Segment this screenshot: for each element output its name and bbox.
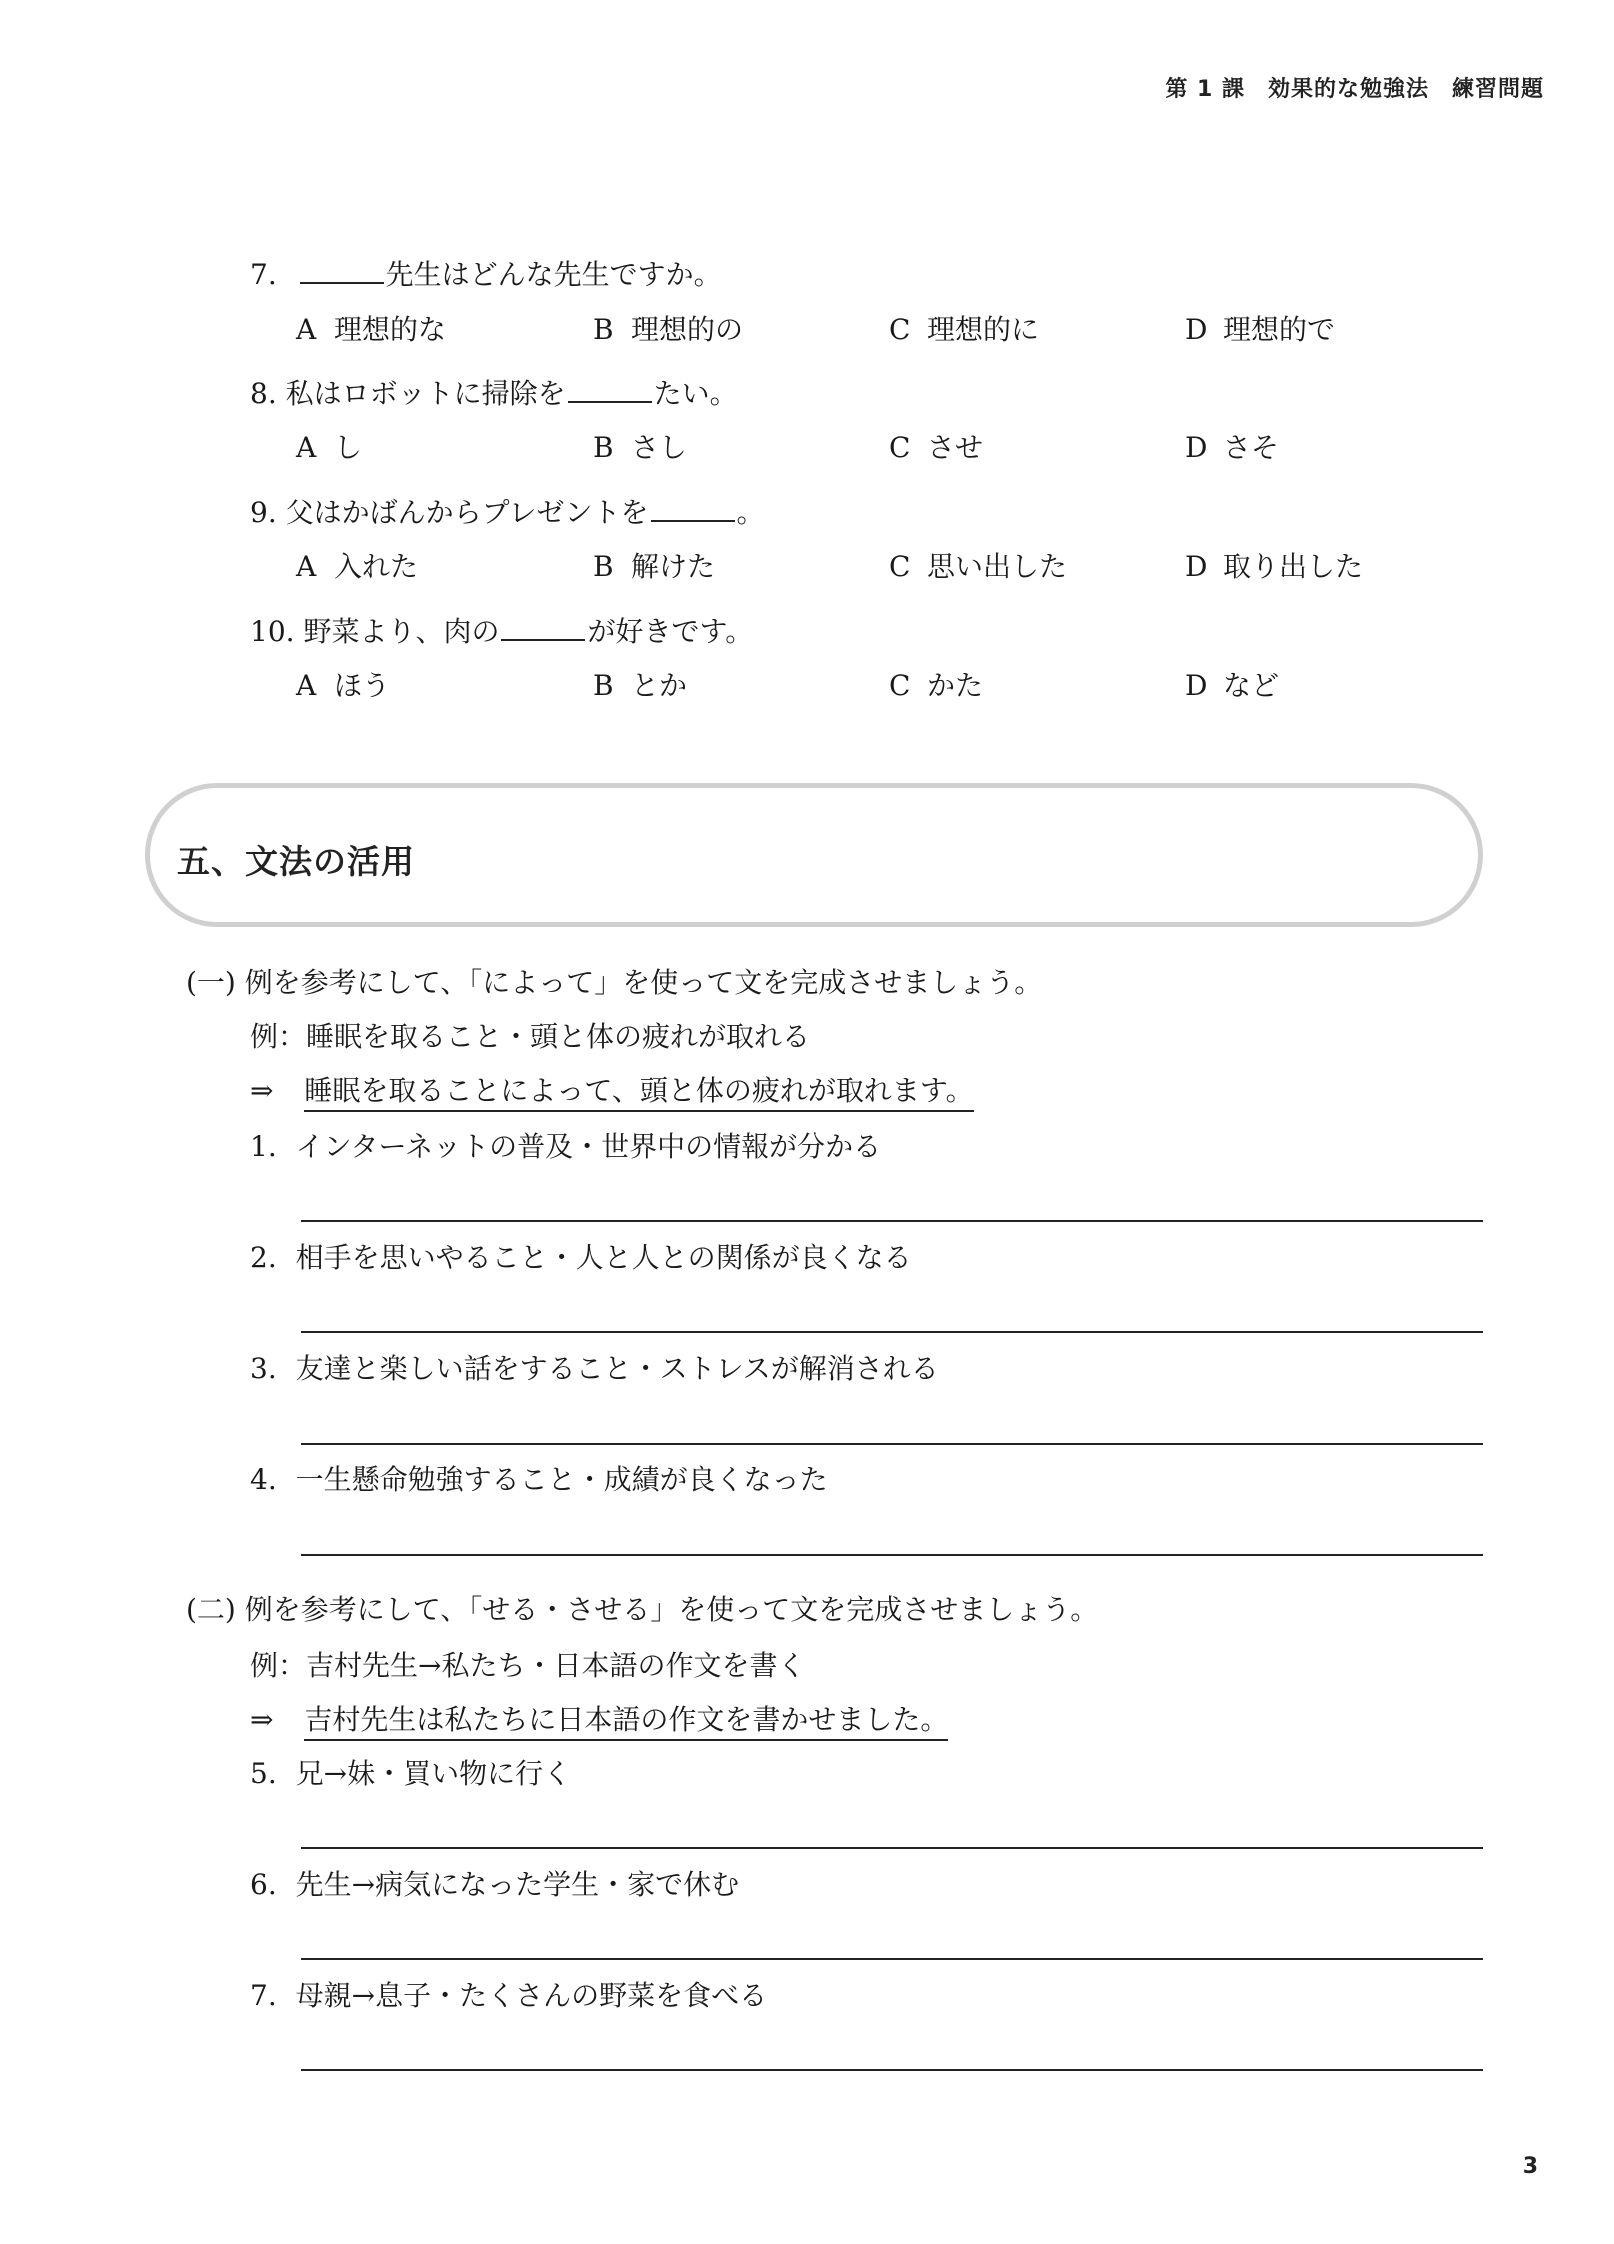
option-10a[interactable]: Aほう	[296, 669, 390, 703]
exercise-item-6: 6. 先生→病気になった学生・家で休む	[250, 1868, 739, 1902]
exercise-item-2: 2. 相手を思いやること・人と人との関係が良くなる	[250, 1241, 912, 1275]
item-text: インターネットの普及・世界中の情報が分かる	[296, 1130, 881, 1163]
example-label: 例：	[250, 1649, 306, 1682]
answer-line-7[interactable]	[301, 2069, 1483, 2071]
running-header: 第 1 課 効果的な勉強法 練習問題	[1165, 72, 1544, 103]
option-letter: C	[889, 431, 927, 465]
item-text: 先生→病気になった学生・家で休む	[296, 1868, 739, 1901]
option-letter: A	[296, 550, 334, 584]
question-text-prefix: 父はかばんからプレゼントを	[286, 496, 649, 529]
question-number: 10.	[250, 615, 295, 648]
answer-line-5[interactable]	[301, 1847, 1483, 1849]
item-text: 兄→妹・買い物に行く	[296, 1757, 571, 1790]
option-text: 思い出した	[927, 550, 1067, 583]
part-marker: (一)	[186, 966, 236, 999]
option-letter: B	[593, 431, 631, 465]
item-number: 6.	[250, 1868, 277, 1901]
question-number: 7.	[250, 258, 277, 291]
question-text: 先生はどんな先生ですか。	[386, 258, 722, 291]
option-7a[interactable]: A理想的な	[296, 313, 446, 347]
part1-example: 例：睡眠を取ること・頭と体の疲れが取れる	[250, 1020, 810, 1054]
option-text: 理想的で	[1223, 313, 1335, 346]
answer-blank	[568, 375, 652, 403]
part2-example-answer: ⇒ 吉村先生は私たちに日本語の作文を書かせました。	[250, 1703, 948, 1737]
item-text: 一生懸命勉強すること・成績が良くなった	[296, 1463, 828, 1496]
option-9b[interactable]: B解けた	[593, 550, 715, 584]
option-8a[interactable]: Aし	[296, 431, 362, 465]
item-text: 友達と楽しい話をすること・ストレスが解消される	[296, 1352, 939, 1385]
answer-blank	[651, 494, 735, 522]
option-text: 理想的に	[927, 313, 1039, 346]
option-text: 理想的な	[334, 313, 446, 346]
part1-instruction: (一) 例を参考にして、「によって」を使って文を完成させましょう。	[186, 966, 1042, 1000]
part-marker: (二)	[186, 1593, 236, 1626]
option-text: さそ	[1223, 431, 1279, 464]
option-letter: D	[1185, 313, 1223, 347]
option-9a[interactable]: A入れた	[296, 550, 418, 584]
question-number: 9.	[250, 496, 277, 529]
item-number: 7.	[250, 1979, 277, 2012]
page-number: 3	[1523, 2154, 1538, 2179]
arrow-icon: ⇒	[250, 1703, 273, 1736]
question-text-prefix: 野菜より、肉の	[303, 615, 499, 648]
option-8d[interactable]: Dさそ	[1185, 431, 1279, 465]
option-text: とか	[631, 669, 687, 702]
question-10: 10. 野菜より、肉のが好きです。	[250, 613, 753, 649]
item-number: 3.	[250, 1352, 277, 1385]
option-9c[interactable]: C思い出した	[889, 550, 1067, 584]
option-letter: B	[593, 669, 631, 703]
option-text: 理想的の	[631, 313, 743, 346]
option-letter: C	[889, 669, 927, 703]
option-letter: A	[296, 313, 334, 347]
exercise-item-5: 5. 兄→妹・買い物に行く	[250, 1757, 571, 1791]
option-text: 入れた	[334, 550, 418, 583]
option-text: し	[334, 431, 362, 464]
option-7b[interactable]: B理想的の	[593, 313, 743, 347]
option-text: など	[1223, 669, 1279, 702]
option-text: 解けた	[631, 550, 715, 583]
question-text-suffix: が好きです。	[587, 615, 753, 648]
instruction-text: 例を参考にして、「せる・させる」を使って文を完成させましょう。	[245, 1593, 1098, 1626]
part2-instruction: (二) 例を参考にして、「せる・させる」を使って文を完成させましょう。	[186, 1593, 1098, 1627]
answer-blank	[501, 613, 585, 641]
question-text-prefix: 私はロボットに掃除を	[286, 377, 566, 410]
item-number: 1.	[250, 1130, 277, 1163]
question-8: 8. 私はロボットに掃除をたい。	[250, 375, 738, 411]
question-number: 8.	[250, 377, 277, 410]
option-7c[interactable]: C理想的に	[889, 313, 1039, 347]
option-letter: B	[593, 550, 631, 584]
option-10d[interactable]: Dなど	[1185, 669, 1279, 703]
option-text: さし	[631, 431, 687, 464]
part2-example: 例：吉村先生→私たち・日本語の作文を書く	[250, 1649, 805, 1683]
arrow-icon: ⇒	[250, 1074, 273, 1107]
option-letter: C	[889, 313, 927, 347]
answer-line-2[interactable]	[301, 1331, 1483, 1333]
option-7d[interactable]: D理想的で	[1185, 313, 1335, 347]
exercise-item-1: 1. インターネットの普及・世界中の情報が分かる	[250, 1130, 881, 1164]
option-8c[interactable]: Cさせ	[889, 431, 983, 465]
answer-line-3[interactable]	[301, 1443, 1483, 1445]
question-text-suffix: 。	[737, 496, 765, 529]
example-text: 睡眠を取ること・頭と体の疲れが取れる	[306, 1020, 810, 1053]
answer-blank	[300, 256, 384, 284]
option-letter: C	[889, 550, 927, 584]
item-number: 4.	[250, 1463, 277, 1496]
answer-line-4[interactable]	[301, 1554, 1483, 1556]
exercise-item-3: 3. 友達と楽しい話をすること・ストレスが解消される	[250, 1352, 939, 1386]
example-answer-text: 吉村先生は私たちに日本語の作文を書かせました。	[304, 1703, 948, 1741]
option-10b[interactable]: Bとか	[593, 669, 687, 703]
option-text: させ	[927, 431, 983, 464]
item-text: 相手を思いやること・人と人との関係が良くなる	[296, 1241, 912, 1274]
option-text: ほう	[334, 669, 390, 702]
option-text: 取り出した	[1223, 550, 1363, 583]
option-text: かた	[927, 669, 983, 702]
item-text: 母親→息子・たくさんの野菜を食べる	[296, 1979, 767, 2012]
option-letter: D	[1185, 550, 1223, 584]
question-7: 7. 先生はどんな先生ですか。	[250, 256, 722, 292]
option-letter: A	[296, 431, 334, 465]
option-letter: A	[296, 669, 334, 703]
example-text: 吉村先生→私たち・日本語の作文を書く	[306, 1649, 805, 1682]
exercise-item-4: 4. 一生懸命勉強すること・成績が良くなった	[250, 1463, 828, 1497]
section-title: 五、文法の活用	[177, 836, 415, 883]
option-letter: D	[1185, 669, 1223, 703]
item-number: 5.	[250, 1757, 277, 1790]
question-text-suffix: たい。	[654, 377, 738, 410]
example-label: 例：	[250, 1020, 306, 1053]
item-number: 2.	[250, 1241, 277, 1274]
exercise-item-7: 7. 母親→息子・たくさんの野菜を食べる	[250, 1979, 767, 2013]
part1-example-answer: ⇒ 睡眠を取ることによって、頭と体の疲れが取れます。	[250, 1074, 974, 1108]
instruction-text: 例を参考にして、「によって」を使って文を完成させましょう。	[245, 966, 1042, 999]
example-answer-text: 睡眠を取ることによって、頭と体の疲れが取れます。	[304, 1074, 973, 1112]
question-9: 9. 父はかばんからプレゼントを。	[250, 494, 765, 530]
option-10c[interactable]: Cかた	[889, 669, 983, 703]
option-8b[interactable]: Bさし	[593, 431, 687, 465]
option-letter: B	[593, 313, 631, 347]
answer-line-1[interactable]	[301, 1220, 1483, 1222]
answer-line-6[interactable]	[301, 1958, 1483, 1960]
option-9d[interactable]: D取り出した	[1185, 550, 1363, 584]
option-letter: D	[1185, 431, 1223, 465]
